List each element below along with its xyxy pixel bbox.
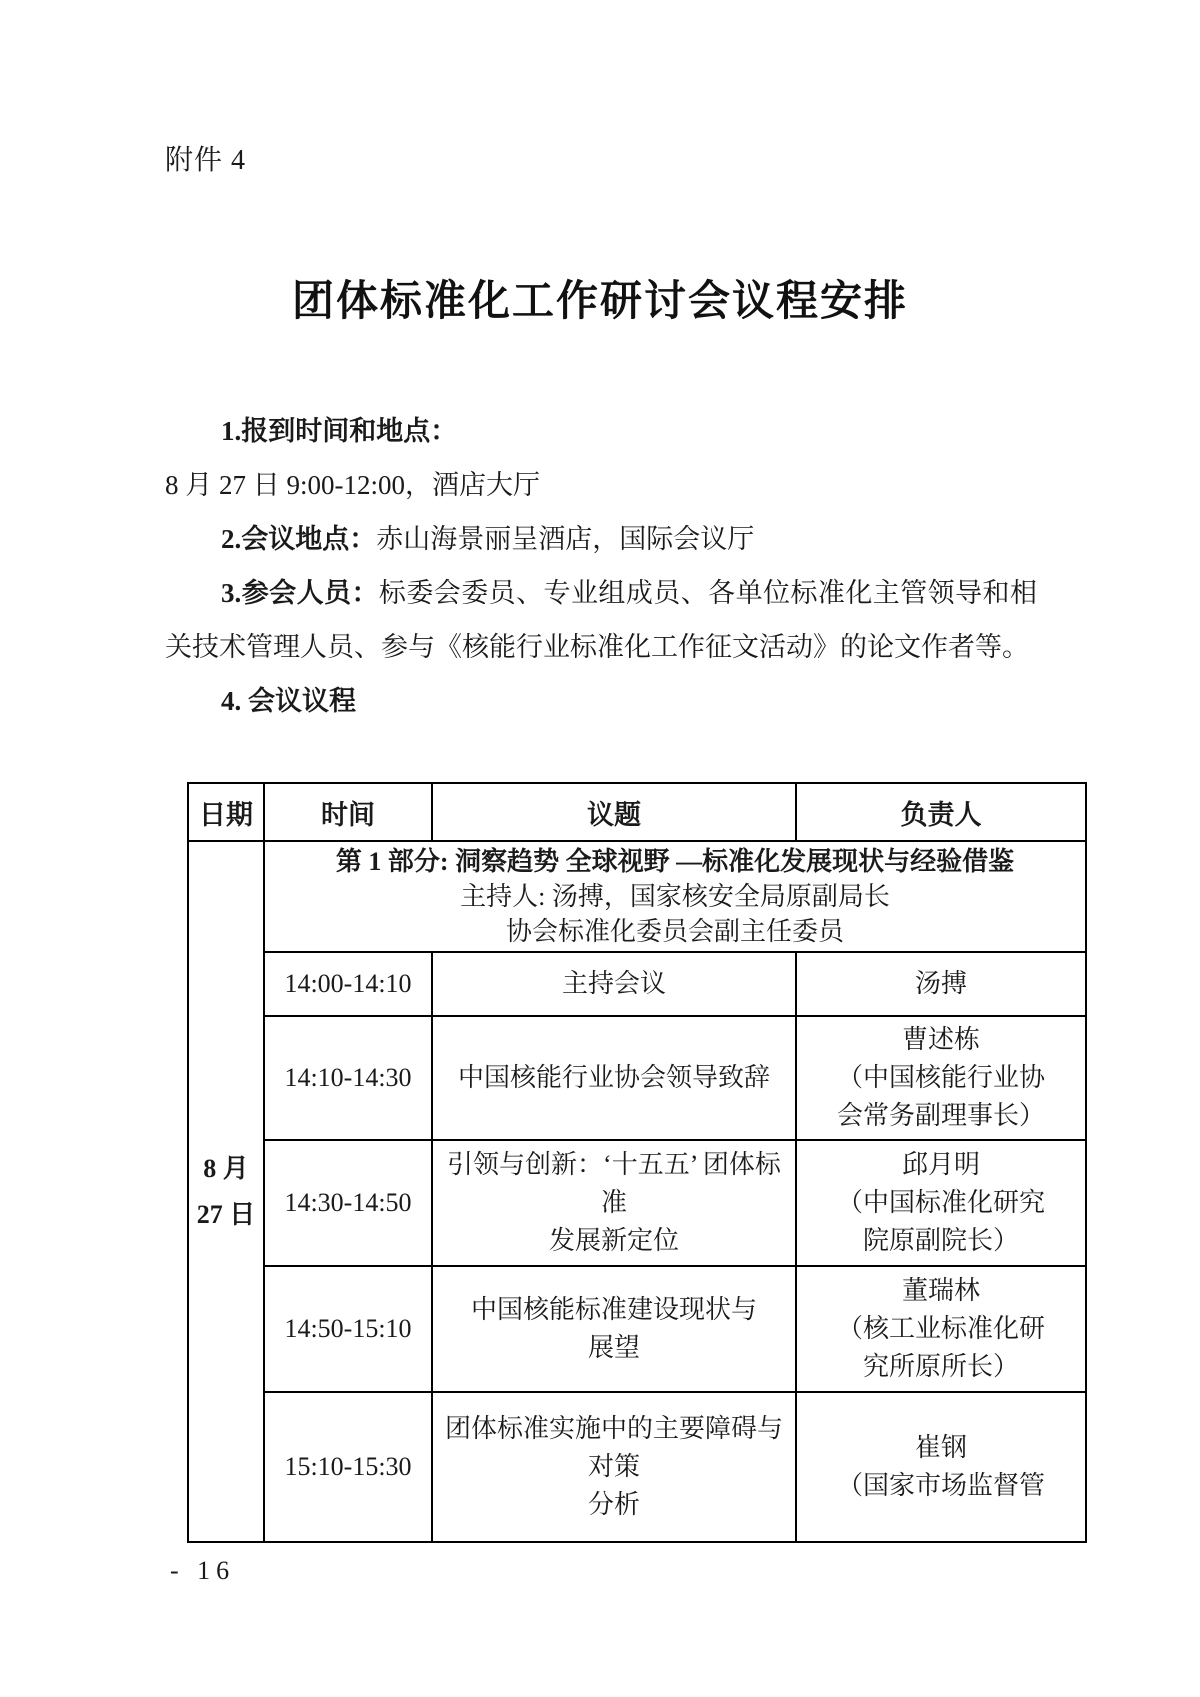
agenda-row: 14:00-14:10 主持会议 汤搏 (188, 952, 1086, 1016)
item-4-label: 4. 会议议程 (221, 686, 356, 716)
agenda-row: 14:10-14:30 中国核能行业协会领导致辞 曹述栋 （中国核能行业协 会常… (188, 1016, 1086, 1140)
section-host-line2: 协会标准化委员会副主任委员 (269, 914, 1081, 949)
item-2: 2.会议地点：赤山海景丽呈酒店，国际会议厅 (165, 512, 1037, 566)
agenda-row: 14:50-15:10 中国核能标准建设现状与 展望 董瑞林 （核工业标准化研 … (188, 1266, 1086, 1392)
table-header-time: 时间 (264, 783, 432, 841)
page-title: 团体标准化工作研讨会议程安排 (0, 268, 1200, 328)
topic-cell: 团体标准实施中的主要障碍与对策 分析 (432, 1392, 796, 1542)
item-3: 3.参会人员：标委会委员、专业组成员、各单位标准化主管领导和相关技术管理人员、参… (165, 566, 1037, 674)
time-cell: 14:00-14:10 (264, 952, 432, 1016)
page-number: - 16 (170, 1556, 235, 1586)
agenda-row: 15:10-15:30 团体标准实施中的主要障碍与对策 分析 崔钢 （国家市场监… (188, 1392, 1086, 1542)
item-1-label: 1.报到时间和地点： (221, 416, 457, 446)
topic-cell: 主持会议 (432, 952, 796, 1016)
section-title: 第 1 部分: 洞察趋势 全球视野 —标准化发展现状与经验借鉴 (269, 844, 1081, 879)
agenda-row: 14:30-14:50 引领与创新：‘十五五’ 团体标准 发展新定位 邱月明 （… (188, 1140, 1086, 1266)
item-2-text: 赤山海景丽呈酒店，国际会议厅 (376, 524, 754, 554)
document-page: 附件 4 团体标准化工作研讨会议程安排 1.报到时间和地点： 8 月 27 日 … (0, 0, 1200, 1697)
section-header-row: 8 月 27 日 第 1 部分: 洞察趋势 全球视野 —标准化发展现状与经验借鉴… (188, 841, 1086, 952)
topic-cell: 中国核能行业协会领导致辞 (432, 1016, 796, 1140)
item-4: 4. 会议议程 (165, 674, 1037, 728)
section-cell: 第 1 部分: 洞察趋势 全球视野 —标准化发展现状与经验借鉴 主持人: 汤搏，… (264, 841, 1086, 952)
table-header-topic: 议题 (432, 783, 796, 841)
time-cell: 14:50-15:10 (264, 1266, 432, 1392)
date-cell: 8 月 27 日 (188, 841, 264, 1542)
item-1: 1.报到时间和地点： (165, 404, 1037, 458)
item-2-label: 2.会议地点： (221, 524, 376, 554)
item-3-label: 3.参会人员： (221, 578, 379, 608)
topic-cell: 引领与创新：‘十五五’ 团体标准 发展新定位 (432, 1140, 796, 1266)
agenda-table: 日期 时间 议题 负责人 8 月 27 日 第 1 部分: 洞察趋势 全球视野 … (187, 782, 1087, 1543)
section-host-line1: 主持人: 汤搏，国家核安全局原副局长 (269, 879, 1081, 914)
item-1-detail: 8 月 27 日 9:00-12:00，酒店大厅 (165, 458, 1037, 512)
owner-cell: 董瑞林 （核工业标准化研 究所原所长） (796, 1266, 1086, 1392)
owner-cell: 邱月明 （中国标准化研究 院原副院长） (796, 1140, 1086, 1266)
owner-cell: 曹述栋 （中国核能行业协 会常务副理事长） (796, 1016, 1086, 1140)
attachment-label: 附件 4 (165, 138, 246, 178)
time-cell: 14:30-14:50 (264, 1140, 432, 1266)
intro-text-block: 1.报到时间和地点： 8 月 27 日 9:00-12:00，酒店大厅 2.会议… (165, 404, 1037, 728)
table-header-row: 日期 时间 议题 负责人 (188, 783, 1086, 841)
time-cell: 15:10-15:30 (264, 1392, 432, 1542)
table-header-owner: 负责人 (796, 783, 1086, 841)
topic-cell: 中国核能标准建设现状与 展望 (432, 1266, 796, 1392)
owner-cell: 崔钢 （国家市场监督管 (796, 1392, 1086, 1542)
table-header-date: 日期 (188, 783, 264, 841)
owner-cell: 汤搏 (796, 952, 1086, 1016)
time-cell: 14:10-14:30 (264, 1016, 432, 1140)
